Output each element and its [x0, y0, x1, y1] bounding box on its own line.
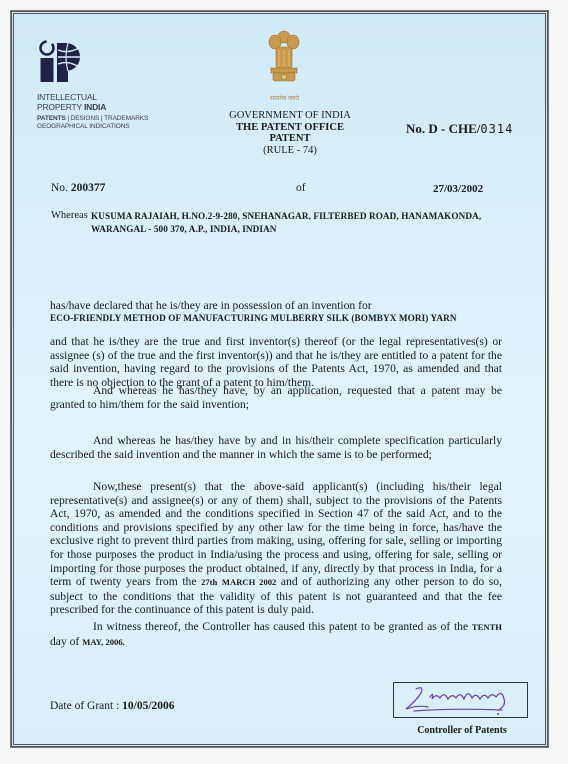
government-label: GOVERNMENT OF INDIA — [220, 110, 360, 122]
document-type: PATENT — [220, 133, 360, 145]
paragraph-witness: In witness thereof, the Controller has c… — [50, 620, 502, 649]
national-emblem-icon — [268, 28, 300, 97]
invention-title: ECO-FRIENDLY METHOD OF MANUFACTURING MUL… — [50, 313, 457, 323]
declaration-text: has/have declared that he is/they are in… — [50, 299, 502, 313]
applicant-details: KUSUMA RAJAIAH, H.NO.2-9-280, SNEHANAGAR… — [91, 210, 531, 236]
logo-line-2: PROPERTY INDIA — [37, 102, 148, 112]
paragraph-rights: Now,these present(s) that the above-said… — [50, 480, 502, 617]
signature-icon — [394, 683, 527, 717]
applicant-line-1: KUSUMA RAJAIAH, H.NO.2-9-280, SNEHANAGAR… — [91, 210, 531, 223]
paragraph-specification: And whereas he has/they have by and in h… — [50, 434, 502, 461]
applicant-line-2: WARANGAL - 500 370, A.P., INDIA, INDIAN — [91, 223, 531, 236]
signature-box — [393, 682, 528, 718]
patent-certificate: INTELLECTUAL PROPERTY INDIA PATENTS | DE… — [11, 11, 548, 747]
paragraph-application: And whereas he has/they have, by an appl… — [50, 384, 502, 411]
date-of-grant: Date of Grant : 10/05/2006 — [50, 700, 175, 712]
office-label: THE PATENT OFFICE — [220, 122, 360, 134]
emblem-motto: सत्यमेव जयते — [270, 94, 299, 102]
rule-label: (RULE - 74) — [220, 145, 360, 157]
logo-line-3: PATENTS | DESIGNS | TRADEMARKS — [37, 115, 148, 123]
logo-line-4: GEOGRAPHICAL INDICATIONS — [37, 123, 148, 131]
document-number: No. D - CHE/0314 — [406, 121, 513, 137]
of-label: of — [296, 182, 306, 194]
paragraph-inventor: and that he is/they are the true and fir… — [50, 335, 502, 389]
issuing-authority: GOVERNMENT OF INDIA THE PATENT OFFICE PA… — [220, 110, 360, 156]
ip-india-wordmark: INTELLECTUAL PROPERTY INDIA PATENTS | DE… — [37, 92, 148, 131]
whereas-label: Whereas — [51, 210, 88, 221]
application-date: 27/03/2002 — [433, 183, 483, 195]
signatory-title: Controller of Patents — [382, 725, 542, 736]
ip-india-logo-icon — [38, 40, 82, 84]
logo-line-1: INTELLECTUAL — [37, 92, 148, 102]
patent-number: No. 200377 — [51, 182, 105, 194]
document-number-value: 0314 — [480, 122, 513, 136]
